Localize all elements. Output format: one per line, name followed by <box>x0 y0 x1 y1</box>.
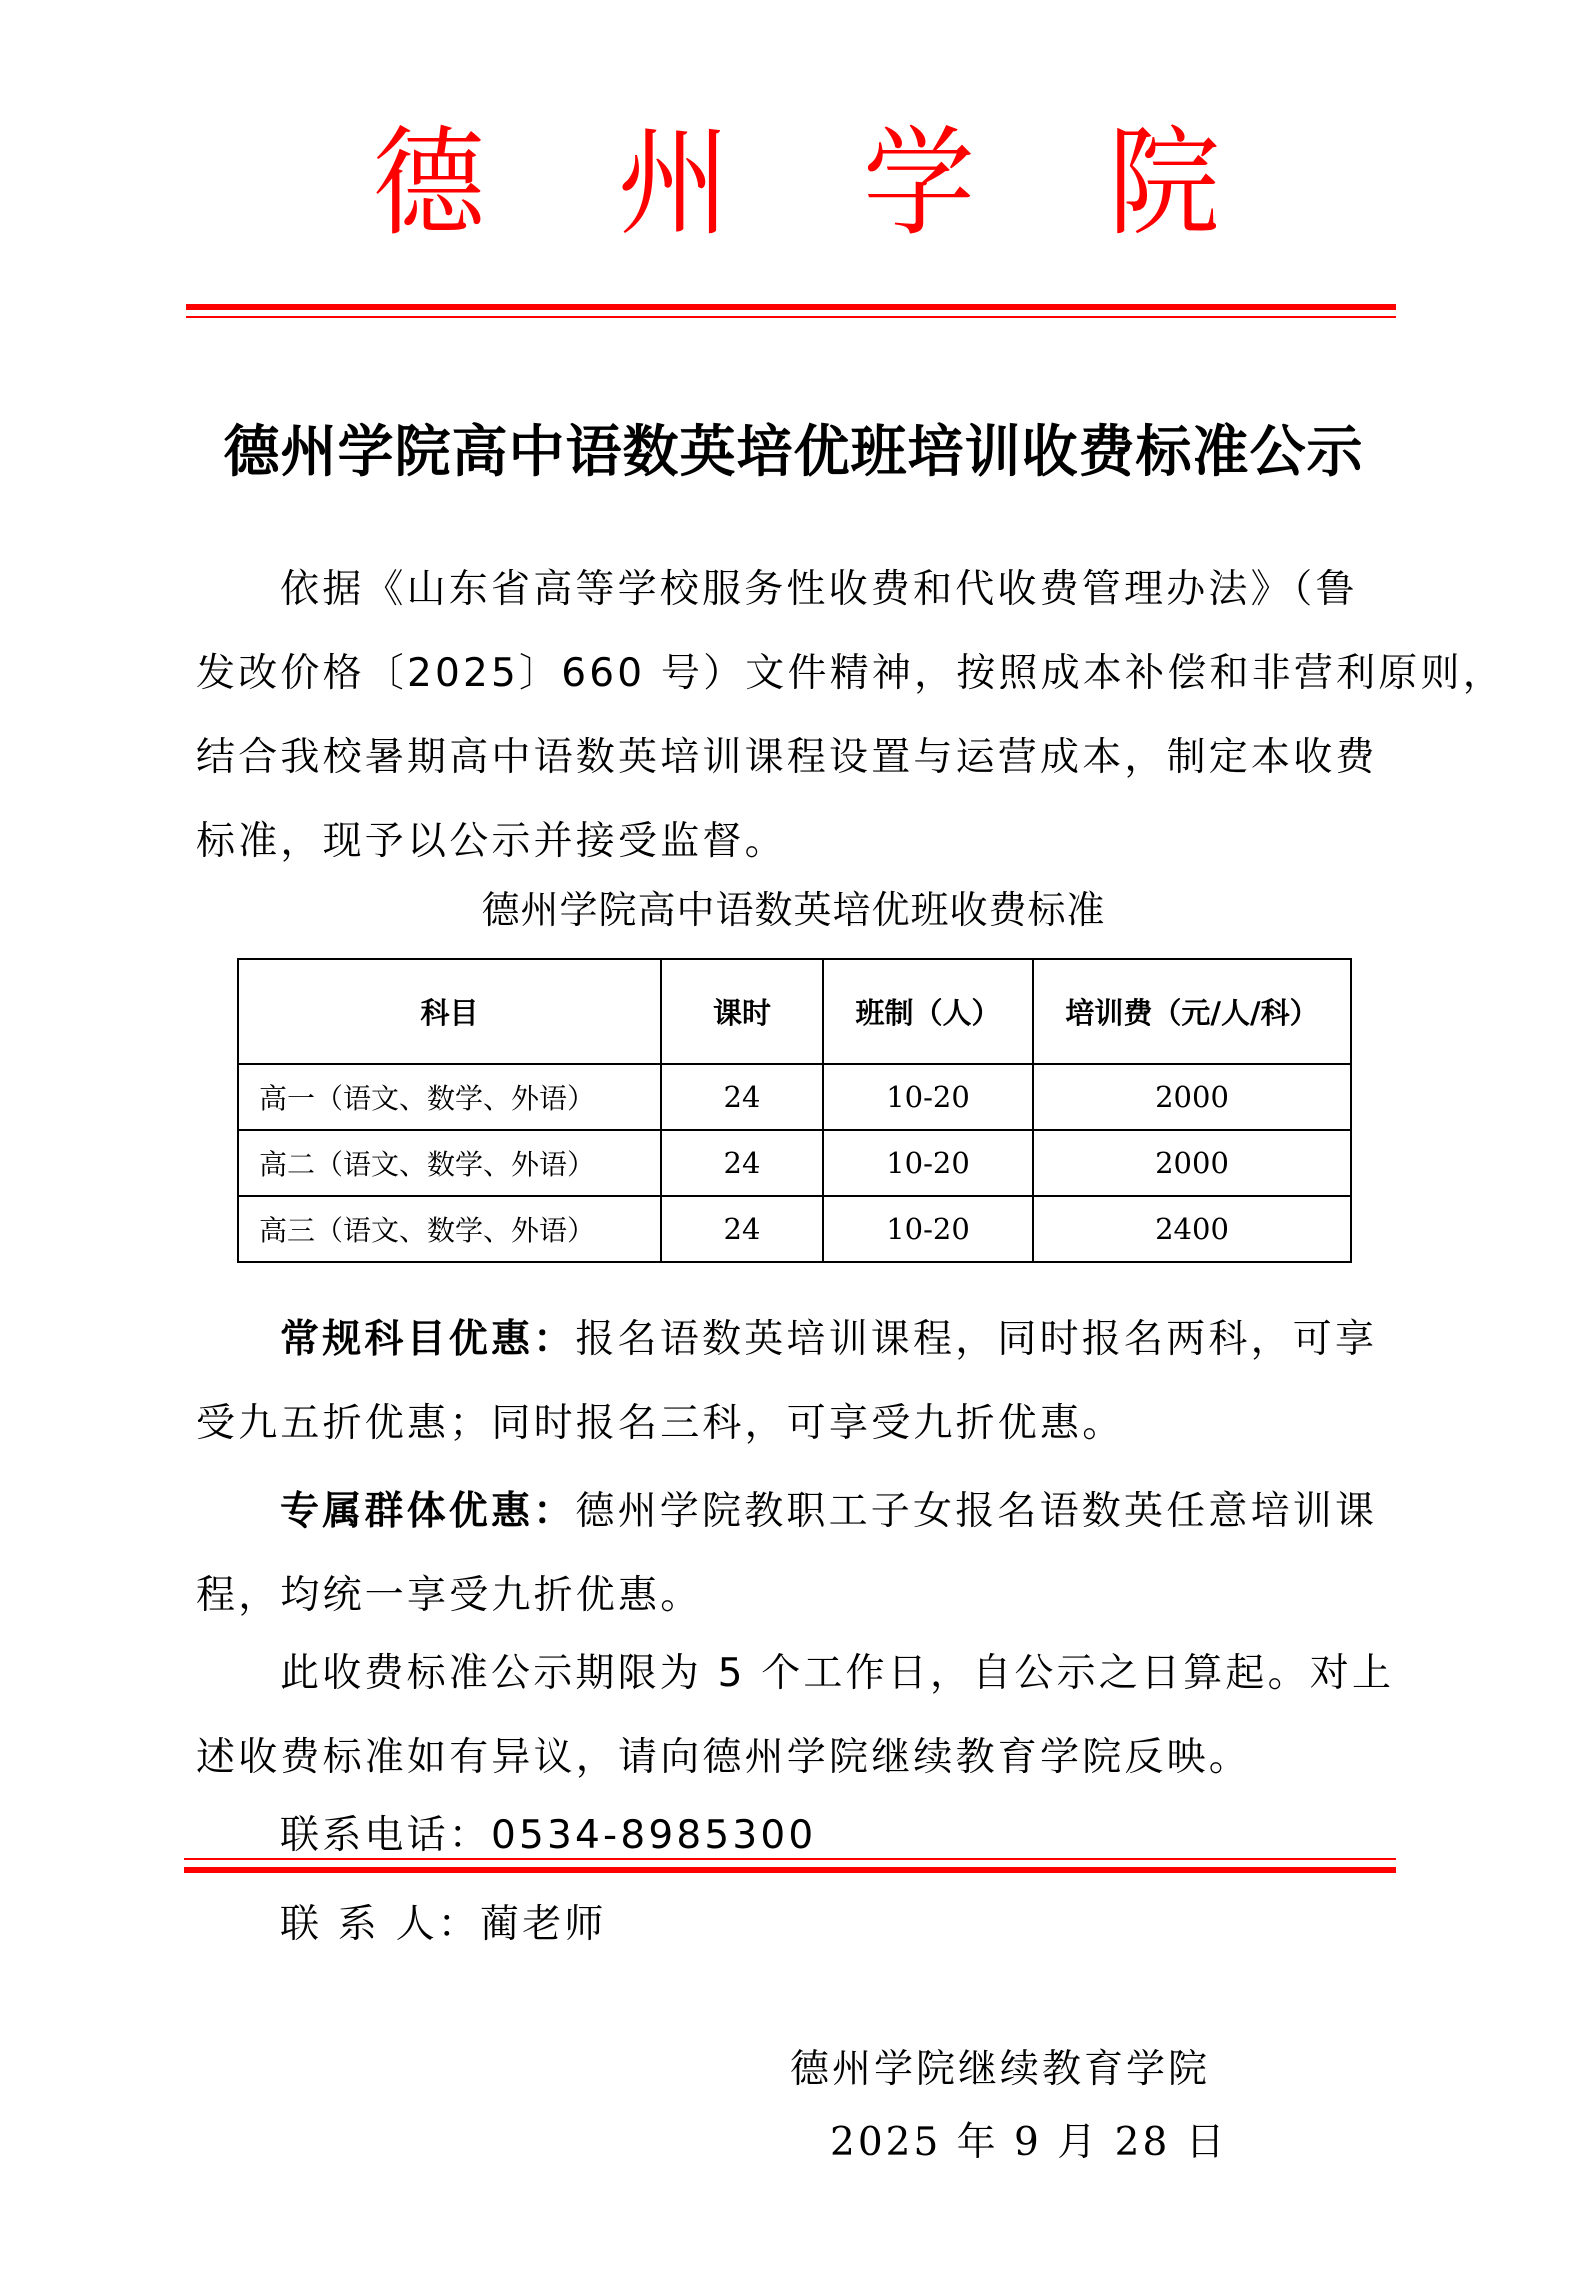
regular-discount-text: 报名语数英培训课程，同时报名两科，可享 <box>575 1317 1377 1362</box>
contact-phone: 联系电话：0534-8985300 <box>196 1794 1396 1878</box>
cell-class-size: 10-20 <box>823 1130 1033 1196</box>
table-row: 高一（语文、数学、外语） 24 10-20 2000 <box>238 1064 1351 1130</box>
cell-fee: 2000 <box>1033 1064 1351 1130</box>
group-discount-text: 程，均统一享受九折优惠。 <box>196 1554 1396 1638</box>
cell-subject: 高三（语文、数学、外语） <box>238 1196 661 1262</box>
contact-phone-text: 联系电话：0534-8985300 <box>196 1794 1396 1878</box>
signature-org: 德州学院继续教育学院 <box>790 2040 1210 2100</box>
cell-hours: 24 <box>661 1196 823 1262</box>
notice-text: 述收费标准如有异议，请向德州学院继续教育学院反映。 <box>196 1716 1396 1800</box>
intro-line: 结合我校暑期高中语数英培训课程设置与运营成本，制定本收费 <box>196 716 1396 800</box>
masthead: 德 州 学 院 <box>186 118 1396 248</box>
contact-person: 联 系 人：蔺老师 <box>196 1883 1396 1967</box>
column-header-class-size: 班制（人） <box>823 959 1033 1064</box>
column-header-hours: 课时 <box>661 959 823 1064</box>
signature-date: 2025 年 9 月 28 日 <box>830 2113 1228 2173</box>
cell-subject: 高一（语文、数学、外语） <box>238 1064 661 1130</box>
column-header-subject: 科目 <box>238 959 661 1064</box>
table-row: 高二（语文、数学、外语） 24 10-20 2000 <box>238 1130 1351 1196</box>
regular-discount-paragraph: 常规科目优惠：报名语数英培训课程，同时报名两科，可享 受九五折优惠；同时报名三科… <box>196 1298 1396 1466</box>
regular-discount-label: 常规科目优惠： <box>280 1317 575 1362</box>
cell-hours: 24 <box>661 1130 823 1196</box>
column-header-fee: 培训费（元/人/科） <box>1033 959 1351 1064</box>
masthead-char: 德 <box>367 118 491 248</box>
contact-person-text: 联 系 人：蔺老师 <box>196 1883 1396 1967</box>
cell-subject: 高二（语文、数学、外语） <box>238 1130 661 1196</box>
cell-hours: 24 <box>661 1064 823 1130</box>
regular-discount-text: 受九五折优惠；同时报名三科，可享受九折优惠。 <box>196 1382 1396 1466</box>
intro-line: 发改价格〔2025〕660 号）文件精神，按照成本补偿和非营利原则， <box>196 632 1396 716</box>
table-title: 德州学院高中语数英培优班收费标准 <box>237 880 1350 940</box>
masthead-char: 学 <box>857 118 981 248</box>
cell-fee: 2000 <box>1033 1130 1351 1196</box>
footer-rule-thick <box>184 1867 1396 1873</box>
cell-class-size: 10-20 <box>823 1196 1033 1262</box>
group-discount-text: 德州学院教职工子女报名语数英任意培训课 <box>575 1489 1377 1534</box>
group-discount-label: 专属群体优惠： <box>280 1489 575 1534</box>
intro-line: 依据《山东省高等学校服务性收费和代收费管理办法》（鲁 <box>196 548 1396 632</box>
fee-table: 科目 课时 班制（人） 培训费（元/人/科） 高一（语文、数学、外语） 24 1… <box>237 958 1352 1263</box>
document-title: 德州学院高中语数英培优班培训收费标准公示 <box>186 414 1401 490</box>
group-discount-paragraph: 专属群体优惠：德州学院教职工子女报名语数英任意培训课 程，均统一享受九折优惠。 <box>196 1470 1396 1638</box>
cell-fee: 2400 <box>1033 1196 1351 1262</box>
notice-text: 此收费标准公示期限为 5 个工作日，自公示之日算起。对上 <box>196 1632 1396 1716</box>
table-header-row: 科目 课时 班制（人） 培训费（元/人/科） <box>238 959 1351 1064</box>
intro-paragraph: 依据《山东省高等学校服务性收费和代收费管理办法》（鲁 发改价格〔2025〕660… <box>196 548 1396 884</box>
header-rule-thin <box>186 316 1396 318</box>
header-rule-thick <box>186 304 1396 310</box>
footer-rule-thin <box>184 1858 1396 1860</box>
cell-class-size: 10-20 <box>823 1064 1033 1130</box>
masthead-char: 州 <box>612 118 736 248</box>
notice-paragraph: 此收费标准公示期限为 5 个工作日，自公示之日算起。对上 述收费标准如有异议，请… <box>196 1632 1396 1800</box>
intro-line: 标准，现予以公示并接受监督。 <box>196 800 1396 884</box>
table-row: 高三（语文、数学、外语） 24 10-20 2400 <box>238 1196 1351 1262</box>
masthead-char: 院 <box>1102 118 1226 248</box>
